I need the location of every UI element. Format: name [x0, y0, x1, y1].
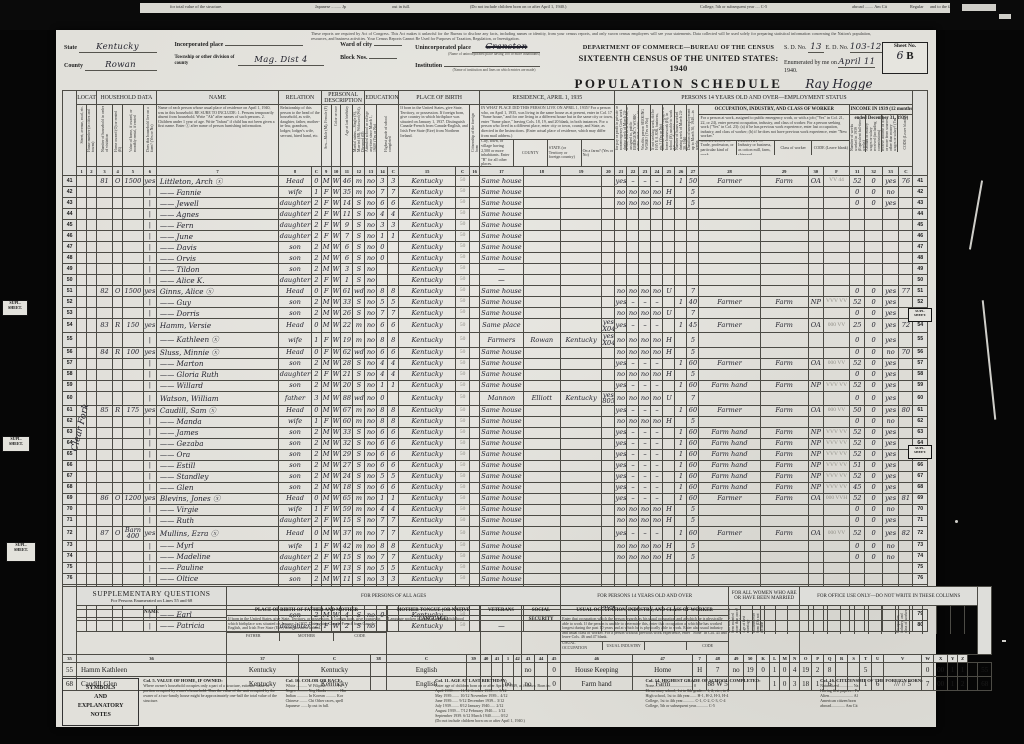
cell-c1	[77, 493, 87, 504]
cell-c33	[808, 562, 823, 573]
cell-c20: Mannon	[480, 391, 524, 405]
cell-c11: W	[331, 347, 341, 358]
cell-c17: Kentucky	[399, 319, 456, 333]
cell-c25: –	[627, 427, 639, 438]
cell-c6: yes	[143, 526, 156, 540]
cell-c0: 57	[63, 358, 77, 369]
cell-c38	[899, 333, 913, 347]
cell-c10: M	[321, 297, 331, 308]
cell-c10: F	[321, 369, 331, 380]
cell-c39: 71	[913, 515, 928, 526]
cell-c20: Same house	[480, 231, 524, 242]
cell-c11: W	[331, 333, 341, 347]
cell-c9: 2	[311, 471, 321, 482]
cell-c31	[699, 333, 760, 347]
cell-c24	[615, 275, 627, 286]
cell-c24	[615, 264, 627, 275]
cell-c35: 52	[850, 176, 865, 187]
cell-c14: no	[365, 438, 377, 449]
column-caption: Citizenship of the foreign born	[470, 105, 480, 167]
cell-c19	[470, 242, 480, 253]
supp-cell-c36	[968, 663, 978, 677]
cell-c29: 1	[675, 427, 687, 438]
cell-c21: Elliott	[523, 391, 560, 405]
cell-c23	[602, 187, 615, 198]
cell-c9: 2	[311, 275, 321, 286]
cell-c4	[113, 515, 123, 526]
cell-c17: Kentucky	[399, 526, 456, 540]
sd-value: 13	[808, 42, 824, 53]
residence-caption: IN WHAT PLACE DID THIS PERSON LIVE ON AP…	[480, 105, 615, 167]
cell-c6: yes	[143, 405, 156, 416]
cell-c27: –	[651, 319, 663, 333]
cell-c36: 0	[865, 198, 882, 209]
supp-column-number: S	[848, 655, 860, 663]
cell-c12: 67	[341, 405, 353, 416]
cell-c17: Kentucky	[399, 427, 456, 438]
cell-c9: 1	[311, 416, 321, 427]
cell-c25: no	[627, 551, 639, 562]
cell-c5	[123, 242, 144, 253]
cell-c17: Kentucky	[399, 449, 456, 460]
cell-c25: –	[627, 319, 639, 333]
cell-c36: 0	[865, 471, 882, 482]
cell-c5	[123, 460, 144, 471]
cell-c37	[882, 562, 898, 573]
column-caption: Highest grade of school completed	[377, 105, 399, 167]
cell-c30: 60	[687, 449, 699, 460]
cell-c2	[87, 551, 97, 562]
cell-c4	[113, 449, 123, 460]
supp-women-header: Has this woman been married more than on…	[729, 606, 800, 655]
cell-c10: M	[321, 405, 331, 416]
cell-c34: VVV VV	[823, 427, 849, 438]
cell-c19	[470, 515, 480, 526]
cell-c6: |	[143, 515, 156, 526]
census-row-58: 58|—— Gloria Ruthdaughter2FW21Sno44Kentu…	[63, 369, 928, 380]
cell-c3	[96, 358, 112, 369]
cell-c1	[77, 253, 87, 264]
cell-c1	[77, 297, 87, 308]
cell-c10: M	[321, 482, 331, 493]
cell-c6: |	[143, 231, 156, 242]
cell-c20: Same house	[480, 416, 524, 427]
cell-c38: 77	[899, 286, 913, 297]
cell-c5: 1200	[123, 493, 144, 504]
cell-c4	[113, 308, 123, 319]
cell-c22	[560, 493, 601, 504]
cell-c23: yes X042	[602, 333, 615, 347]
cell-c11: W	[331, 416, 341, 427]
cell-c22	[560, 427, 601, 438]
cell-c17: Kentucky	[399, 460, 456, 471]
cell-c18: 50	[456, 209, 470, 220]
cell-c34	[823, 540, 849, 551]
cell-c39: 68	[913, 482, 928, 493]
cell-c37: yes	[882, 515, 898, 526]
census-row-70: 70|—— Virgiewife1FW59mno44Kentucky50Same…	[63, 504, 928, 515]
cell-c24: yes	[615, 526, 627, 540]
cell-c28	[663, 380, 675, 391]
cell-c15: 6	[377, 449, 388, 460]
cell-c5	[123, 449, 144, 460]
cell-c32: Farm	[760, 438, 808, 449]
cell-c0: 47	[63, 242, 77, 253]
cell-c32: Farm	[760, 297, 808, 308]
cell-c34	[823, 275, 849, 286]
cell-c36: 0	[865, 482, 882, 493]
cell-c16: 3	[388, 176, 399, 187]
cell-c27: no	[651, 187, 663, 198]
cell-c36: 0	[865, 460, 882, 471]
cell-c0: 56	[63, 347, 77, 358]
column-caption: House number (in cities and towns)	[87, 105, 97, 167]
supp-column-number: 38	[371, 655, 387, 663]
cell-c23	[602, 427, 615, 438]
cell-c36: 0	[865, 540, 882, 551]
cell-c28: H	[663, 551, 675, 562]
cell-c15: 6	[377, 482, 388, 493]
cell-c14: no	[365, 347, 377, 358]
cell-c15: 3	[377, 573, 388, 584]
cell-c17: Kentucky	[399, 504, 456, 515]
cell-c9: 2	[311, 482, 321, 493]
cell-c25: –	[627, 449, 639, 460]
cell-c33	[808, 551, 823, 562]
cell-c35: 52	[850, 526, 865, 540]
cell-c20: Same house	[480, 358, 524, 369]
cell-c4	[113, 380, 123, 391]
cell-c17: Kentucky	[399, 562, 456, 573]
cell-c18: 50	[456, 515, 470, 526]
cell-c30: 60	[687, 405, 699, 416]
cell-c7: —— James	[156, 427, 278, 438]
state-value: Kentucky	[79, 42, 157, 53]
cell-c20: Same house	[480, 460, 524, 471]
census-row-59: 59|—— Willardson2MW20Sno11Kentucky50Same…	[63, 380, 928, 391]
cell-c39: 50	[913, 275, 928, 286]
cell-c24: yes	[615, 449, 627, 460]
cell-c38	[899, 275, 913, 286]
column-description-row: Street, avenue, road, etc.House number (…	[63, 105, 928, 167]
cell-c38	[899, 573, 913, 584]
cell-c34: 000 VV	[823, 358, 849, 369]
supp-band-office: FOR OFFICE USE ONLY—DO NOT WRITE IN THES…	[800, 587, 978, 606]
cell-c13: S	[353, 369, 365, 380]
cell-c0: 68	[63, 482, 77, 493]
cell-c3	[96, 187, 112, 198]
cell-c16: 4	[388, 369, 399, 380]
cell-c7: —— Manda	[156, 416, 278, 427]
cell-c31	[699, 209, 760, 220]
cell-c1	[77, 540, 87, 551]
supp-column-number: 37	[227, 655, 299, 663]
cell-c27: no	[651, 540, 663, 551]
cell-c16	[388, 242, 399, 253]
cell-c4	[113, 540, 123, 551]
cell-c20: Same house	[480, 438, 524, 449]
cell-c39: 51	[913, 286, 928, 297]
cell-c18: 50	[456, 551, 470, 562]
cell-c36	[865, 220, 882, 231]
cell-c30	[687, 209, 699, 220]
cell-c27: –	[651, 358, 663, 369]
cell-c20: Same house	[480, 540, 524, 551]
cell-c15: 4	[377, 369, 388, 380]
cell-c20: Same house	[480, 297, 524, 308]
cell-c10: F	[321, 347, 331, 358]
cell-c32: Farm	[760, 380, 808, 391]
cell-c14: no	[365, 551, 377, 562]
cell-c28: U	[663, 308, 675, 319]
cell-c3: 81	[96, 176, 112, 187]
cell-c7: Watson, William	[156, 391, 278, 405]
cell-c28	[663, 297, 675, 308]
cell-c24: yes	[615, 176, 627, 187]
census-row-56: 5684R100yesSluss, Minnie ⓧHead0FW62wdno6…	[63, 347, 928, 358]
cell-c36	[865, 242, 882, 253]
cell-c37: yes	[882, 493, 898, 504]
cell-c2	[87, 176, 97, 187]
cell-c17: Kentucky	[399, 242, 456, 253]
cell-c14: no	[365, 427, 377, 438]
cell-c12: 59	[341, 504, 353, 515]
cell-c1	[77, 515, 87, 526]
cell-c6: |	[143, 275, 156, 286]
supp-name-header: NAME	[77, 606, 227, 655]
cell-c11: W	[331, 405, 341, 416]
strip-fragment: and to the family income.	[930, 4, 950, 9]
cell-c37	[882, 573, 898, 584]
cell-c28	[663, 242, 675, 253]
cell-c31	[699, 253, 760, 264]
cell-c22	[560, 242, 601, 253]
district-block: S. D. No. 13 E. D. No. 103-12 Enumerated…	[784, 42, 928, 88]
cell-c36: 0	[865, 319, 882, 333]
cell-c3	[96, 308, 112, 319]
supp-band-row: SUPPLEMENTARY QUESTIONSFor Persons Enume…	[63, 587, 992, 606]
cell-c4	[113, 471, 123, 482]
cell-c6: |	[143, 391, 156, 405]
cell-c9: 0	[311, 526, 321, 540]
cell-c25: no	[627, 187, 639, 198]
cell-c29: 1	[675, 449, 687, 460]
cell-c24: yes	[615, 358, 627, 369]
cell-c34	[823, 187, 849, 198]
cell-c11: W	[331, 308, 341, 319]
cell-c18: 50	[456, 504, 470, 515]
cell-c37	[882, 220, 898, 231]
cell-c9: 1	[311, 540, 321, 551]
cell-c11: W	[331, 242, 341, 253]
cell-c12: 11	[341, 573, 353, 584]
supp-usual-occ-header: USUAL OCCUPATION, INDUSTRY, AND CLASS OF…	[561, 606, 729, 655]
supp-cell-c37: 55	[978, 663, 992, 677]
census-table: LOCATIONHOUSEHOLD DATANAMERELATIONPERSON…	[62, 90, 928, 632]
cell-c25: –	[627, 493, 639, 504]
cell-c21	[523, 358, 560, 369]
cell-c22	[560, 449, 601, 460]
cell-c22	[560, 198, 601, 209]
census-row-63: 63|—— Jamesson2MW33Sno66Kentucky50Same h…	[63, 427, 928, 438]
cell-c35	[850, 220, 865, 231]
cell-c25: –	[627, 405, 639, 416]
cell-c30: 60	[687, 493, 699, 504]
cell-c4	[113, 391, 123, 405]
cell-c6: |	[143, 482, 156, 493]
cell-c16: 7	[388, 551, 399, 562]
scan-speck	[955, 520, 958, 523]
symbols-box: SYMBOLS AND EXPLANATORY NOTES	[62, 678, 139, 726]
cell-c21: Rowan	[523, 333, 560, 347]
strip-fragment: Japanese ......... Jp	[315, 4, 346, 9]
cell-c0: 55	[63, 333, 77, 347]
cell-c24: no	[615, 391, 627, 405]
cell-c37: yes	[882, 380, 898, 391]
cell-c33: NP	[808, 427, 823, 438]
cell-c22	[560, 416, 601, 427]
cell-c20: Same house	[480, 308, 524, 319]
cell-c37: yes	[882, 358, 898, 369]
cell-c19	[470, 380, 480, 391]
cell-c31: Farm hand	[699, 449, 760, 460]
cell-c10: F	[321, 540, 331, 551]
cell-c39: 57	[913, 358, 928, 369]
cell-c39: 61	[913, 405, 928, 416]
supp-column-number: 7	[693, 655, 707, 663]
cell-c26	[639, 264, 651, 275]
cell-c18: 50	[456, 427, 470, 438]
cell-c29: 1	[675, 319, 687, 333]
cell-c32: Farm	[760, 405, 808, 416]
cell-c31	[699, 308, 760, 319]
cell-c4	[113, 275, 123, 286]
cell-c30: 5	[687, 504, 699, 515]
supp-column-number: N	[790, 655, 800, 663]
cell-c28	[663, 562, 675, 573]
cell-c29	[675, 416, 687, 427]
cell-c24	[615, 220, 627, 231]
cell-c5	[123, 482, 144, 493]
cell-c17: Kentucky	[399, 551, 456, 562]
cell-c21	[523, 562, 560, 573]
cell-c33	[808, 347, 823, 358]
cell-c6: yes	[143, 319, 156, 333]
cell-c25: no	[627, 504, 639, 515]
cell-c7: —— Guy	[156, 297, 278, 308]
cell-c12: 11	[341, 209, 353, 220]
cell-c10: F	[321, 333, 331, 347]
cell-c0: 70	[63, 504, 77, 515]
cell-c30: 5	[687, 416, 699, 427]
supp-column-number: M	[780, 655, 790, 663]
cell-c32: Farm	[760, 427, 808, 438]
cell-c17: Kentucky	[399, 358, 456, 369]
cell-c17: Kentucky	[399, 209, 456, 220]
cell-c24: yes	[615, 438, 627, 449]
cell-c36	[865, 231, 882, 242]
cell-c8: wife	[279, 187, 312, 198]
supp-line-col	[978, 587, 992, 655]
cell-c16: 6	[388, 198, 399, 209]
cell-c6: |	[143, 427, 156, 438]
cell-c21	[523, 493, 560, 504]
cell-c12: 46	[341, 176, 353, 187]
census-row-52: 52|—— Guyson2MW33Sno55Kentucky50Same hou…	[63, 297, 928, 308]
cell-c18: 50	[456, 297, 470, 308]
cell-c27: no	[651, 369, 663, 380]
cell-c8: son	[279, 471, 312, 482]
column-number: 22	[627, 167, 639, 176]
column-number-row: 12345678C91011121314C15C1617181920212223…	[63, 167, 928, 176]
supp-title-box: SUPPLEMENTARY QUESTIONSFor Persons Enume…	[77, 587, 227, 606]
group-relation: RELATION	[279, 91, 322, 105]
cell-c8: son	[279, 308, 312, 319]
cell-c38	[899, 198, 913, 209]
cell-c30	[687, 264, 699, 275]
cell-c15: 6	[377, 319, 388, 333]
cell-c27: –	[651, 176, 663, 187]
cell-c17: Kentucky	[399, 416, 456, 427]
cell-c0: 41	[63, 176, 77, 187]
cell-c21	[523, 540, 560, 551]
scan-artifact	[962, 4, 996, 11]
cell-c36: 0	[865, 347, 882, 358]
cell-c22: Kentucky	[560, 391, 601, 405]
cell-c24: yes	[615, 482, 627, 493]
cell-c15: 7	[377, 526, 388, 540]
cell-c39: 42	[913, 187, 928, 198]
cell-c34: 000 VVH	[823, 493, 849, 504]
cell-c9: 2	[311, 253, 321, 264]
cell-c13: S	[353, 220, 365, 231]
cell-c13: S	[353, 253, 365, 264]
cell-c22: Kentucky	[560, 333, 601, 347]
supp-line-col	[63, 587, 77, 655]
cell-c8: wife	[279, 333, 312, 347]
cell-c29	[675, 573, 687, 584]
cell-c30: 60	[687, 482, 699, 493]
cell-c9: 3	[311, 391, 321, 405]
cell-c27: no	[651, 391, 663, 405]
cell-c37: yes	[882, 405, 898, 416]
cell-c36: 0	[865, 526, 882, 540]
cell-c12: 3	[341, 264, 353, 275]
column-number: 5	[123, 167, 144, 176]
supp-band-women: FOR ALL WOMEN WHO ARE OR HAVE BEEN MARRI…	[729, 587, 800, 606]
cell-c33	[808, 308, 823, 319]
cell-c29	[675, 220, 687, 231]
cell-c33	[808, 416, 823, 427]
cell-c32	[760, 286, 808, 297]
cell-c13: m	[353, 187, 365, 198]
column-number: 21	[615, 167, 627, 176]
cell-c7: —— Myrl	[156, 540, 278, 551]
cell-c8: son	[279, 573, 312, 584]
cell-c26	[639, 562, 651, 573]
cell-c3	[96, 482, 112, 493]
cell-c8: daughter	[279, 209, 312, 220]
cell-c2	[87, 231, 97, 242]
cell-c10: M	[321, 438, 331, 449]
cell-c7: Hamm, Versie	[156, 319, 278, 333]
supp-cell-c34: 1	[948, 677, 958, 691]
column-number: 23	[639, 167, 651, 176]
cell-c28	[663, 319, 675, 333]
cell-c24: no	[615, 198, 627, 209]
cell-c20: Same house	[480, 286, 524, 297]
cell-c34	[823, 347, 849, 358]
